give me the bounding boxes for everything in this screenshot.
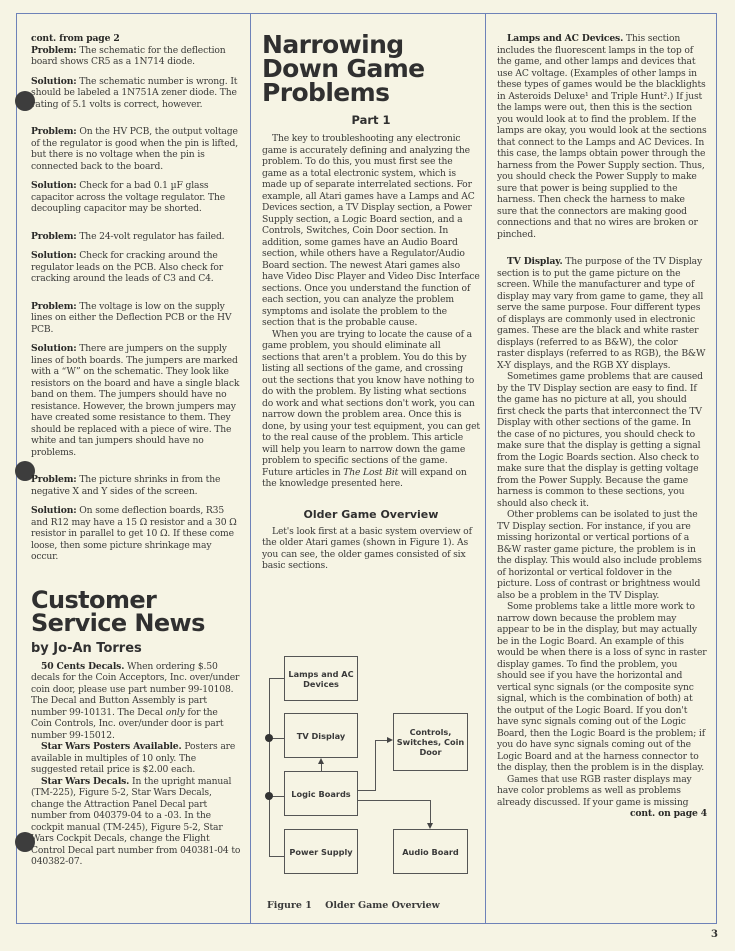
column-divider bbox=[250, 13, 251, 924]
column-divider bbox=[485, 13, 486, 924]
box-tv-display: TV Display bbox=[284, 713, 358, 758]
box-lamps-ac-devices: Lamps and AC Devices bbox=[284, 656, 358, 701]
junction-dot bbox=[265, 734, 273, 742]
section-tv-display: TV Display. The purpose of the TV Displa… bbox=[497, 256, 707, 371]
article-paragraph: Sometimes game problems that are caused … bbox=[497, 371, 707, 509]
news-item-decals: 50 Cents Decals. When ordering $.50 deca… bbox=[31, 661, 241, 742]
continued-from-label: cont. from page 2 bbox=[31, 33, 241, 45]
column-article-continued: Lamps and AC Devices. This section inclu… bbox=[497, 13, 707, 820]
junction-dot bbox=[265, 792, 273, 800]
page-number: 3 bbox=[711, 929, 718, 940]
box-power-supply: Power Supply bbox=[284, 829, 358, 874]
news-item-star-wars-decals: Star Wars Decals. In the upright manual … bbox=[31, 776, 241, 868]
connector-line bbox=[375, 740, 376, 791]
news-byline: by Jo-An Torres bbox=[31, 641, 241, 656]
box-logic-boards: Logic Boards bbox=[284, 771, 358, 816]
article-title: Narrowing Down Game Problems bbox=[262, 33, 432, 105]
column-article: Narrowing Down Game Problems Part 1 The … bbox=[262, 13, 480, 572]
article-paragraph: Some problems take a little more work to… bbox=[497, 601, 707, 774]
solution-1: Solution: The schematic number is wrong.… bbox=[31, 76, 241, 111]
problem-1: Problem: The schematic for the deflectio… bbox=[31, 45, 241, 68]
news-item-posters: Star Wars Posters Available. Posters are… bbox=[31, 741, 241, 776]
section-lamps-ac: Lamps and AC Devices. This section inclu… bbox=[497, 33, 707, 240]
solution-2: Solution: Check for a bad 0.1 µF glass c… bbox=[31, 180, 241, 215]
connector-line bbox=[430, 800, 431, 824]
figure-1-block-diagram: Lamps and AC Devices TV Display Controls… bbox=[262, 640, 480, 860]
section-heading: Older Game Overview bbox=[262, 508, 480, 521]
box-audio-board: Audio Board bbox=[393, 829, 468, 874]
problem-3: Problem: The 24-volt regulator has faile… bbox=[31, 231, 241, 243]
figure-caption: Figure 1 Older Game Overview bbox=[267, 900, 440, 911]
connector-line bbox=[269, 856, 284, 857]
connector-line bbox=[358, 800, 431, 801]
article-subtitle: Part 1 bbox=[262, 113, 480, 127]
connector-line bbox=[269, 678, 284, 679]
article-paragraph: Other problems can be isolated to just t… bbox=[497, 509, 707, 601]
news-title: Customer Service News bbox=[31, 589, 241, 635]
power-bus-line bbox=[269, 678, 270, 856]
arrow-up-icon bbox=[318, 758, 324, 764]
solution-4: Solution: There are jumpers on the suppl… bbox=[31, 343, 241, 458]
column-troubleshooting-qa: cont. from page 2 Problem: The schematic… bbox=[31, 13, 241, 868]
article-paragraph: Games that use RGB raster displays may h… bbox=[497, 774, 707, 809]
connector-line bbox=[358, 790, 375, 791]
box-controls-switches-coin-door: Controls, Switches, Coin Door bbox=[393, 713, 468, 771]
solution-5: Solution: On some deflection boards, R35… bbox=[31, 505, 241, 563]
article-paragraph: Let's look first at a basic system overv… bbox=[262, 526, 480, 572]
problem-4: Problem: The voltage is low on the suppl… bbox=[31, 301, 241, 336]
problem-2: Problem: On the HV PCB, the output volta… bbox=[31, 126, 241, 172]
arrow-right-icon bbox=[387, 737, 393, 743]
problem-5: Problem: The picture shrinks in from the… bbox=[31, 474, 241, 497]
arrow-down-icon bbox=[427, 823, 433, 829]
article-paragraph: The key to troubleshooting any electroni… bbox=[262, 133, 480, 329]
solution-3: Solution: Check for cracking around the … bbox=[31, 250, 241, 285]
continued-on-label: cont. on page 4 bbox=[497, 808, 707, 820]
article-paragraph: When you are trying to locate the cause … bbox=[262, 329, 480, 490]
